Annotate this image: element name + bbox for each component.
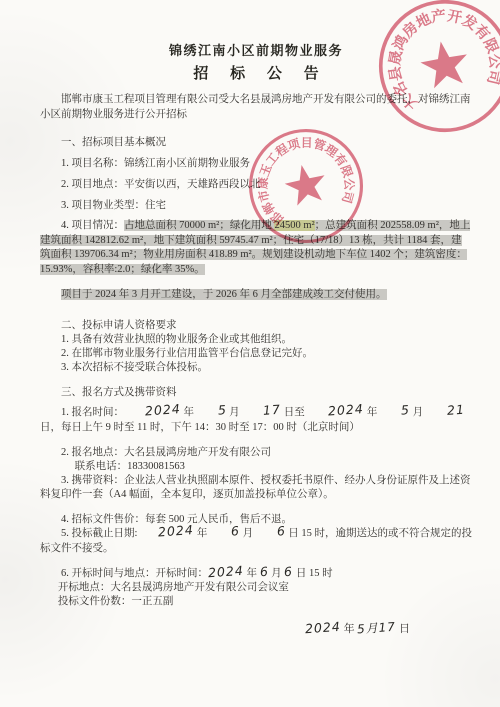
document-price-line: 4. 招标文件售价：每套 500 元人民币，售后不退。 <box>40 513 472 527</box>
contact-phone-line: 联系电话：18330081563 <box>40 460 472 474</box>
handwritten-signup-day1: 17 <box>242 405 282 418</box>
handwritten-deadline-month: 6 <box>210 526 241 538</box>
bid-deadline-line: 5. 投标截止日期:2024 年 6 月 6 日 15 时，逾期送达的或不符合规… <box>40 527 472 556</box>
section3-heading: 三、报名方式及携带资料 <box>40 386 472 400</box>
footer-sep: 年 <box>341 623 358 635</box>
handwritten-deadline-day: 6 <box>255 526 286 538</box>
section2-item-license: 1. 具备有效营业执照的物业服务企业或其他组织。 <box>40 333 472 347</box>
materials-line: 3. 携带资料：企业法人营业执照副本原件、授权委托书原件、经办人身份证原件及上述… <box>40 474 472 503</box>
handwritten-footer-monthday: 5月17 <box>357 621 397 634</box>
signup-time-line: 1. 报名时间：2024 年 5 月 17 日至 2024 年 5 月 21 日… <box>40 406 472 435</box>
bid-opening-place-line: 开标地点：大名县晟鸿房地产开发有限公司会议室 <box>40 581 472 595</box>
handwritten-signup-day2: 21 <box>425 405 465 418</box>
handwritten-footer-year: 2024 <box>305 621 341 633</box>
bid-opening-tail: 日 15 时 <box>293 568 332 579</box>
project-timeline-highlight: 项目于 2024 年 3 月开工建设，于 2026 年 6 月全部建成竣工交付使… <box>61 289 387 300</box>
signup-sep: 月 <box>227 407 243 418</box>
handwritten-signup-year1: 2024 <box>124 404 181 418</box>
signup-place-line: 2. 报名地点：大名县晟鸿房地产开发有限公司 <box>40 446 472 460</box>
signup-sep: 月 <box>410 407 426 418</box>
section2-item-no-consortium: 3. 本次招标不接受联合体投标。 <box>40 361 472 375</box>
seal-star-icon <box>417 37 471 89</box>
bid-opening-label: 6. 开标时间与地点：开标时间： <box>61 568 208 579</box>
signup-sep: 年 <box>181 407 197 418</box>
developer-company-seal: 大名县晟鸿房地产开发有限公司 <box>372 0 500 139</box>
project-details-label: 4. 项目情况： <box>61 220 124 231</box>
handwritten-signup-month2: 5 <box>380 405 411 417</box>
signup-sep: 日至 <box>281 407 307 418</box>
signup-sep: 年 <box>364 407 380 418</box>
agency-company-seal: 邯郸市康玉工程项目管理有限公司 <box>243 123 369 249</box>
handwritten-signup-year2: 2024 <box>307 404 364 418</box>
signature-date: 2024 年 5月17 日 <box>40 622 472 636</box>
opening-sep: 年 <box>244 568 260 579</box>
bid-opening-line: 6. 开标时间与地点：开标时间：2024 年 6 月 6 日 15 时 <box>40 567 472 581</box>
handwritten-deadline-year: 2024 <box>137 525 194 539</box>
handwritten-opening-month: 6 <box>259 566 269 577</box>
deadline-label: 5. 投标截止日期: <box>61 528 137 539</box>
bid-copies-line: 投标文件份数：一正五副 <box>40 595 472 609</box>
deadline-sep: 月 <box>240 528 256 539</box>
section2-item-credit-platform: 2. 在邯郸市物业服务行业信用监管平台信息登记完好。 <box>40 347 472 361</box>
opening-sep: 月 <box>269 568 285 579</box>
handwritten-opening-year: 2024 <box>208 565 244 577</box>
scanned-bid-announcement-page: 锦绣江南小区前期物业服务 招 标 公 告 邯郸市康玉工程项目管理有限公司受大名县… <box>0 0 500 707</box>
handwritten-signup-month1: 5 <box>196 405 227 417</box>
handwritten-opening-day: 6 <box>284 566 294 577</box>
project-timeline: 项目于 2024 年 3 月开工建设，于 2026 年 6 月全部建成竣工交付使… <box>40 288 472 303</box>
deadline-sep: 年 <box>194 528 210 539</box>
section2-heading: 二、投标申请人资格要求 <box>40 319 472 333</box>
signup-time-tail: 日，每日上午 9 时至 11 时，下午 14：30 时至 17：00 时（北京时… <box>40 422 360 433</box>
seal-star-icon <box>282 161 330 207</box>
signup-time-label: 1. 报名时间： <box>61 407 124 418</box>
footer-sep: 日 <box>396 623 410 635</box>
